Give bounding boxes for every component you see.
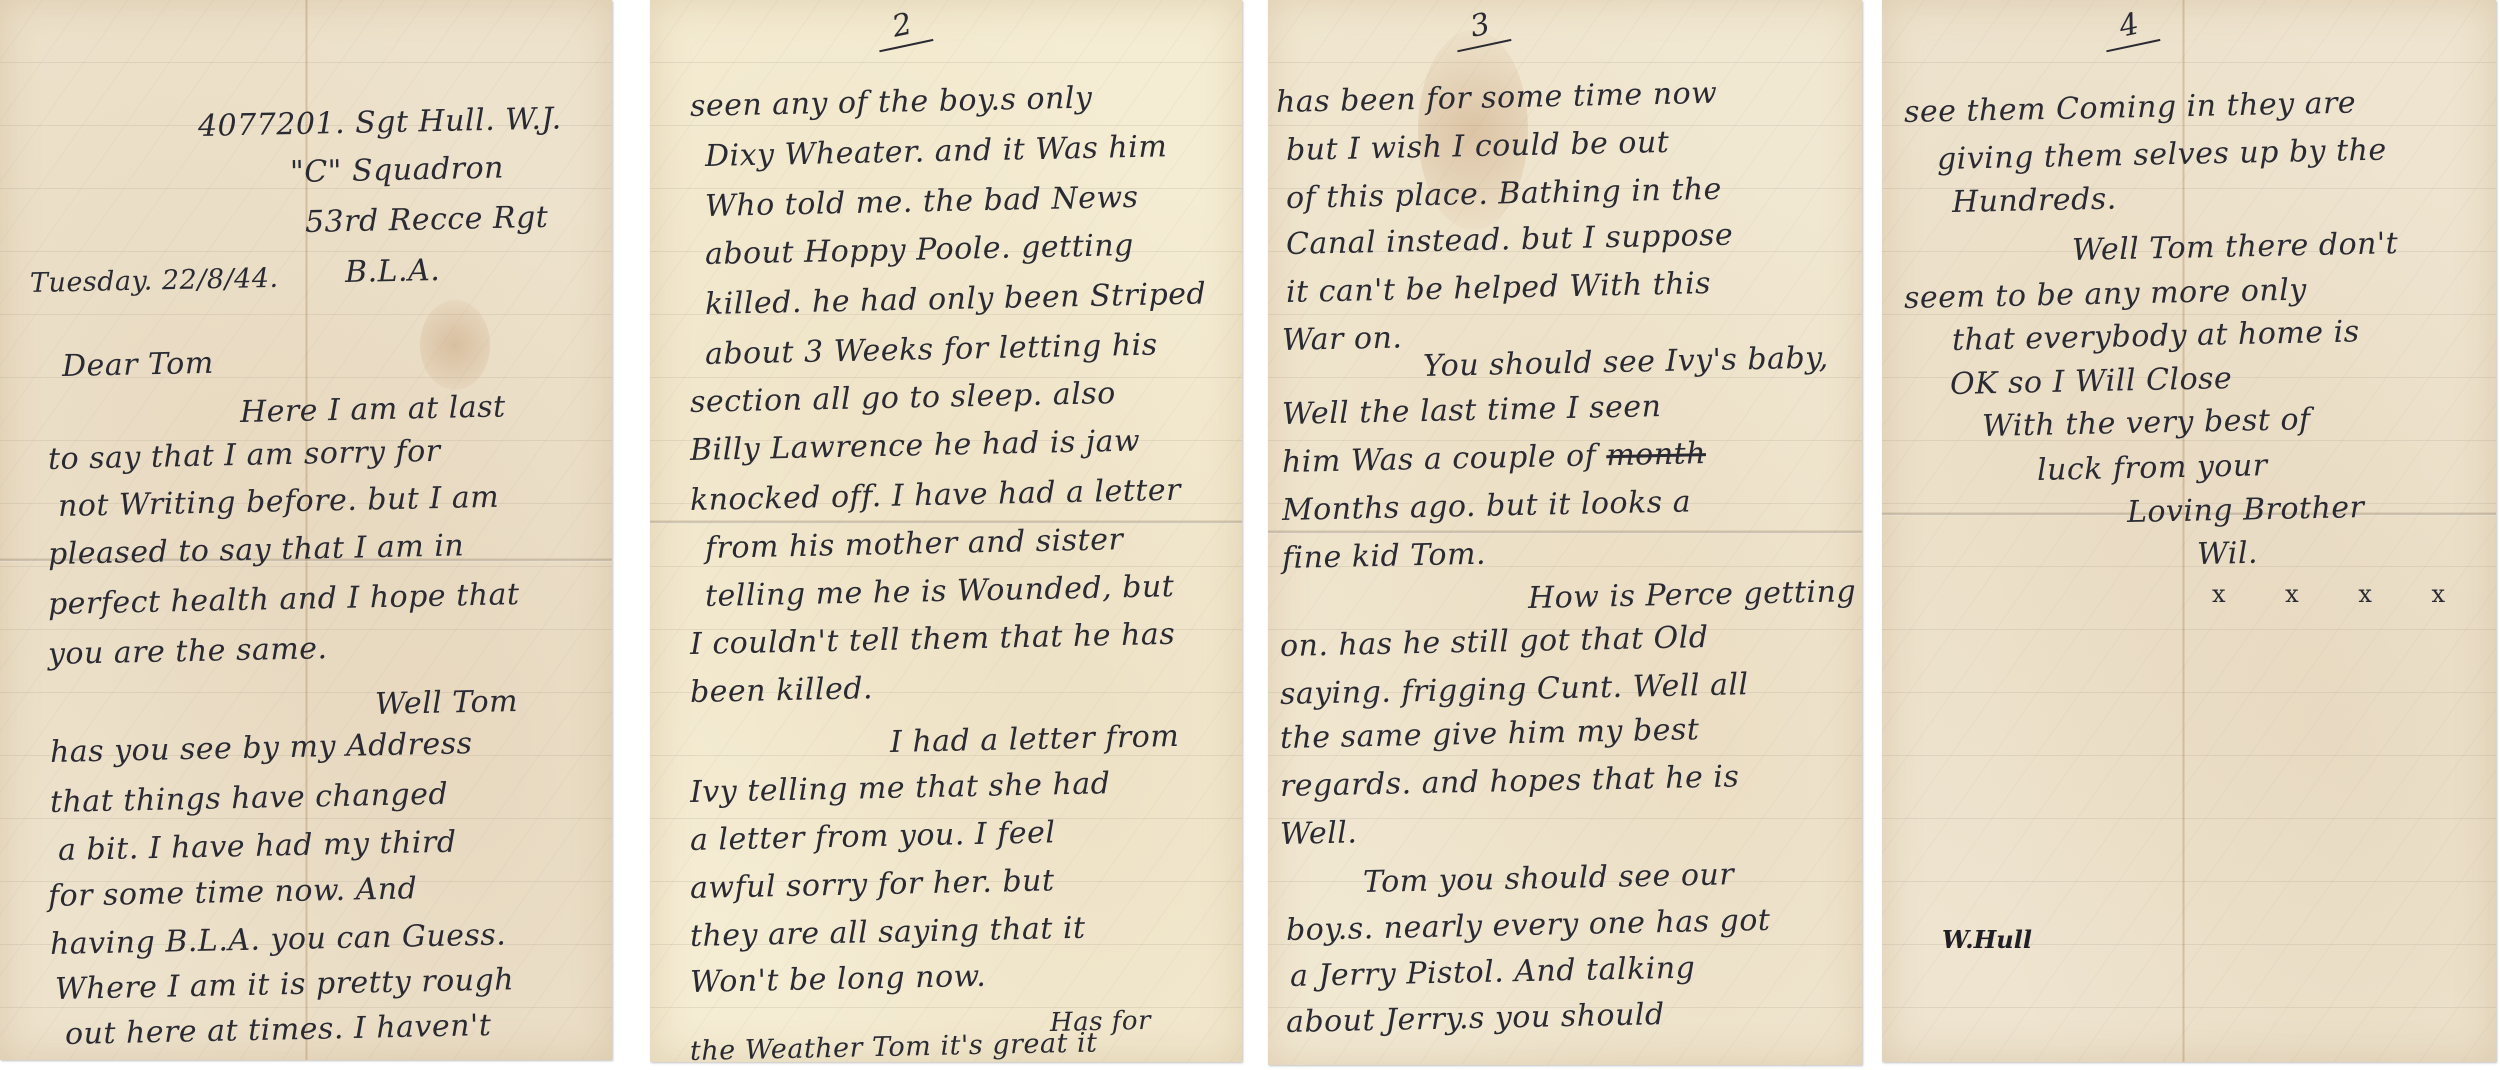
- letter-line: on. has he still got that Old: [1280, 623, 1709, 662]
- initials-signature: W.Hull: [1942, 925, 2032, 954]
- sender-regiment-line: 53rd Recce Rgt: [305, 203, 549, 238]
- letter-line: How is Perce getting: [1528, 577, 1857, 614]
- letter-page-1: 4077201. Sgt Hull. W.J. "C" Squadron 53r…: [0, 0, 612, 1060]
- letter-line: War on.: [1282, 323, 1403, 356]
- letter-line: Won't be long now.: [690, 962, 987, 998]
- letter-page-4: 4 see them Coming in they are giving the…: [1882, 0, 2496, 1062]
- letter-line: saying. frigging Cunt. Well all: [1280, 670, 1749, 710]
- letter-line: I couldn't tell them that he has: [690, 620, 1176, 660]
- letter-line: not Writing before. but I am: [58, 483, 500, 522]
- letter-line: You should see Ivy's baby,: [1423, 344, 1829, 382]
- letter-line: seen any of the boy.s only: [690, 84, 1093, 122]
- letter-line: they are all saying that it: [690, 914, 1086, 952]
- letter-line: Here I am at last: [240, 392, 506, 428]
- letter-line: for some time now. And: [48, 874, 418, 912]
- letter-line: see them Coming in they are: [1904, 89, 2357, 128]
- letter-line: Well Tom: [375, 687, 519, 720]
- letter-line: Who told me. the bad News: [705, 183, 1139, 222]
- letter-line: but I wish I could be out: [1286, 128, 1670, 166]
- letter-line: fine kid Tom.: [1282, 540, 1487, 574]
- letter-line: awful sorry for her. but: [690, 866, 1055, 904]
- letter-line: having B.L.A. you can Guess.: [50, 920, 507, 960]
- letter-line: Ivy telling me that she had: [690, 769, 1111, 808]
- letter-line: Billy Lawrence he had is jaw: [690, 427, 1141, 466]
- letter-line: has been for some time now: [1276, 79, 1718, 118]
- letter-line: perfect health and I hope that: [48, 580, 520, 620]
- letter-line: Well.: [1280, 818, 1358, 850]
- letter-line: has you see by my Address: [50, 729, 473, 768]
- letter-line: Well the last time I seen: [1282, 392, 1662, 430]
- letter-line: Loving Brother: [2127, 493, 2365, 528]
- letter-line: Well Tom there don't: [2072, 229, 2399, 266]
- letter-line: the Weather Tom it's great it: [690, 1029, 1098, 1065]
- letter-line: section all go to sleep. also: [690, 379, 1116, 418]
- letter-line: him Was a couple of month: [1282, 439, 1707, 478]
- letter-line: to say that I am sorry for: [48, 437, 441, 475]
- letter-line: luck from your: [2037, 451, 2268, 486]
- letter-line: OK so I Will Close: [1950, 364, 2233, 400]
- letter-line: I had a letter from: [890, 722, 1180, 758]
- letter-line: a letter from you. I feel: [690, 818, 1056, 856]
- signature-name: Wil.: [2197, 539, 2259, 570]
- paper-stain: [420, 300, 490, 390]
- letter-page-2: 2 seen any of the boy.s only Dixy Wheate…: [650, 0, 1242, 1062]
- letter-line: about Jerry.s you should: [1286, 1000, 1665, 1038]
- letter-line: Where I am it is pretty rough: [55, 965, 515, 1005]
- page-number: 2: [872, 3, 934, 53]
- letter-line: that things have changed: [50, 780, 449, 818]
- letter-line: you are the same.: [48, 634, 328, 670]
- letter-line: from his mother and sister: [705, 525, 1124, 564]
- letter-date: Tuesday. 22/8/44.: [30, 265, 279, 297]
- letter-line: it can't be helped With this: [1286, 269, 1712, 308]
- letter-line: Tom you should see our: [1363, 860, 1735, 898]
- struck-out-word: month: [1606, 436, 1706, 473]
- letter-line: telling me he is Wounded, but: [705, 572, 1175, 612]
- letter-line: a bit. I have had my third: [58, 828, 457, 866]
- paper-fold-horizontal: [650, 520, 1242, 524]
- letter-line: Canal instead. but I suppose: [1286, 221, 1734, 260]
- letter-line: a Jerry Pistol. And talking: [1290, 954, 1696, 992]
- sender-service-line: 4077201. Sgt Hull. W.J.: [198, 104, 562, 142]
- kisses: x x x x: [2212, 580, 2471, 608]
- letter-line: knocked off. I have had a letter: [690, 476, 1182, 516]
- letter-line: boy.s. nearly every one has got: [1286, 906, 1771, 946]
- letter-line: pleased to say that I am in: [48, 531, 465, 570]
- paper-fold-horizontal: [1268, 530, 1862, 534]
- sender-squadron-line: "C" Squadron: [290, 154, 505, 188]
- letter-line: out here at times. I haven't: [65, 1011, 492, 1050]
- letter-line-text: him Was a couple of: [1282, 438, 1597, 480]
- salutation: Dear Tom: [62, 349, 214, 382]
- letter-line: Dixy Wheater. and it Was him: [705, 132, 1168, 172]
- letter-line: seem to be any more only: [1904, 276, 2307, 314]
- sender-bla-line: B.L.A.: [345, 256, 441, 288]
- letter-line: the same give him my best: [1280, 715, 1700, 754]
- letter-line: about 3 Weeks for letting his: [705, 331, 1158, 370]
- letter-line: regards. and hopes that he is: [1280, 762, 1740, 802]
- letter-line: giving them selves up by the: [1937, 136, 2387, 175]
- letter-line: about Hoppy Poole. getting: [705, 231, 1134, 270]
- letter-line: of this place. Bathing in the: [1286, 175, 1723, 214]
- letter-line: With the very best of: [1982, 405, 2311, 442]
- letter-line: that everybody at home is: [1952, 317, 2360, 356]
- letter-page-3: 3 has been for some time now but I wish …: [1268, 0, 1862, 1065]
- letter-line: been killed.: [690, 674, 874, 708]
- letter-line: killed. he had only been Striped: [705, 280, 1207, 320]
- page-number: 4: [2099, 3, 2161, 53]
- letter-line: Months ago. but it looks a: [1282, 487, 1692, 526]
- letter-line: Hundreds.: [1952, 185, 2117, 218]
